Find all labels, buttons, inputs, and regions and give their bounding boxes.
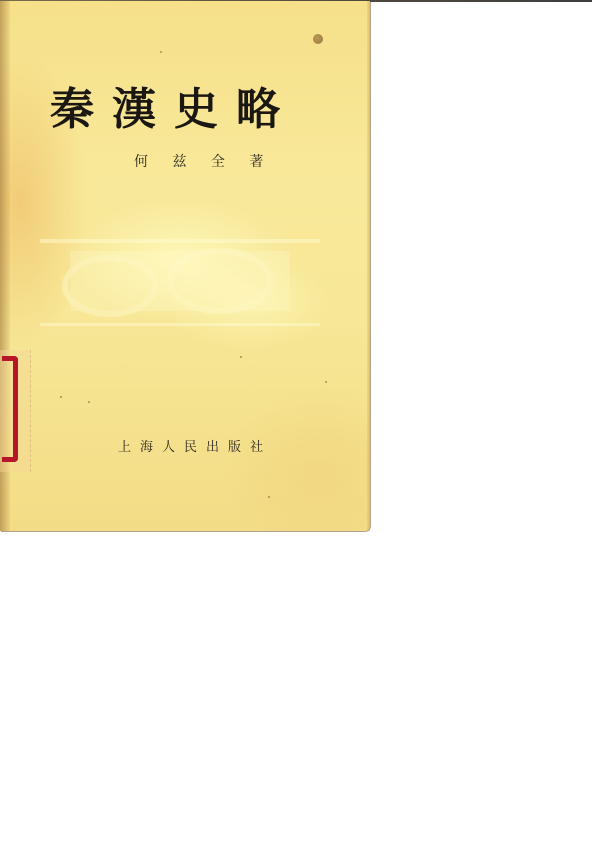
book-title: 秦漢史略 bbox=[50, 73, 320, 137]
paper-speck bbox=[240, 356, 242, 358]
paper-speck bbox=[325, 381, 327, 383]
cover-right-edge bbox=[367, 1, 370, 531]
author-line: 何 兹 全 著 bbox=[134, 151, 273, 171]
faded-illustration bbox=[30, 231, 330, 351]
publisher-name: 上海人民出版社 bbox=[118, 436, 272, 455]
paper-speck bbox=[268, 496, 270, 498]
book-cover: 秦漢史略 何 兹 全 著 上海人民出版社 bbox=[0, 1, 370, 531]
red-bracket-mark bbox=[2, 356, 18, 462]
library-call-number-label bbox=[0, 356, 24, 466]
paper-speck bbox=[88, 401, 90, 403]
stain-spot bbox=[313, 34, 323, 44]
paper-speck bbox=[60, 396, 62, 398]
paper-speck bbox=[160, 51, 162, 53]
scan-page: 秦漢史略 何 兹 全 著 上海人民出版社 bbox=[0, 0, 592, 841]
